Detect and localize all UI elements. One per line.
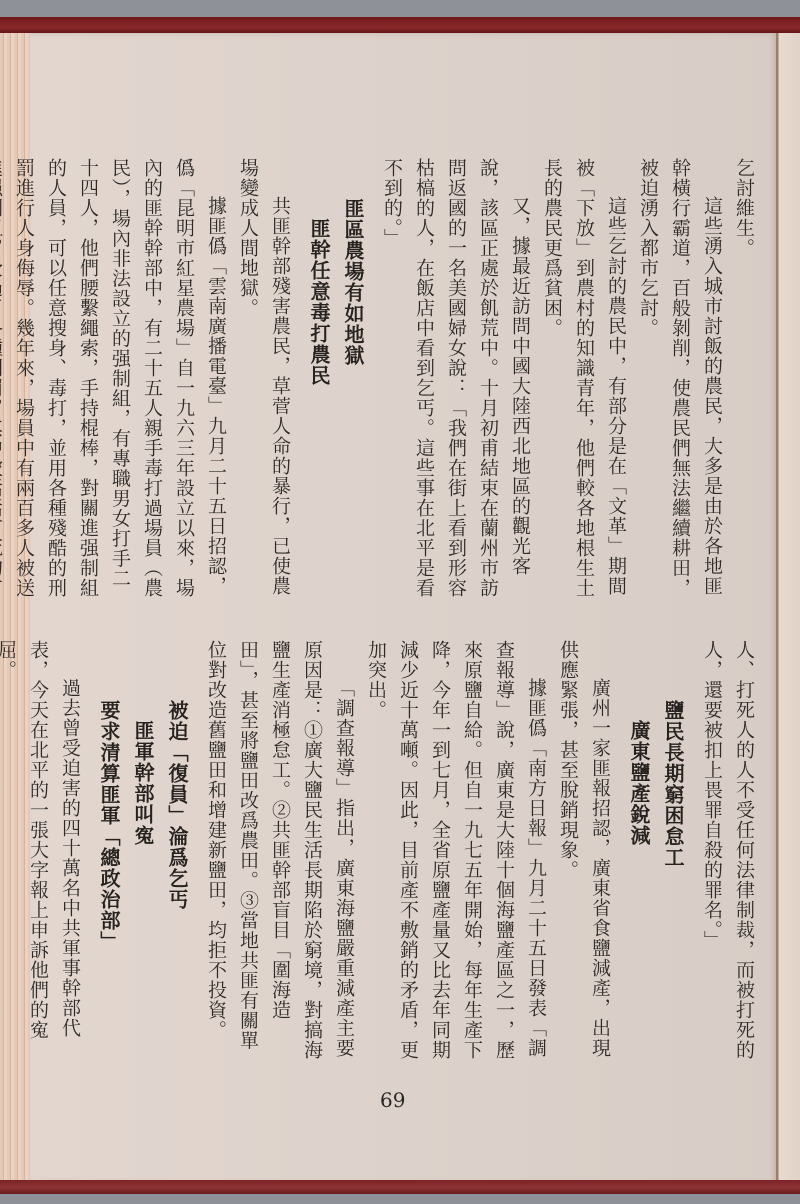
paragraph: 這些乞討的農民中，有部分是在「文革」期間被「下放」到農村的知識青年，他們較各地根… xyxy=(536,158,632,598)
page-number: 69 xyxy=(380,1088,405,1112)
paragraph: 廣州一家匪報招認，廣東省食鹽減產，出現供應緊張，甚至脫銷現象。 xyxy=(552,640,616,1060)
heading-cadres-beat-farmers: 匪幹任意毒打農民 xyxy=(302,218,336,598)
bottom-text-block: 人、打死人的人不受任何法律制裁，而被打死的人，還要被扣上畏罪自殺的罪名。」 鹽民… xyxy=(0,640,760,1060)
paragraph: 據匪僞「雲南廣播電臺」九月二十五日招認，僞「昆明市紅星農場」自一九六三年設立以來… xyxy=(0,158,232,598)
paragraph: 過去曾受迫害的四十萬名中共軍事幹部代表，今天在北平的一張大字報上申訴他們的寃屈。 xyxy=(0,640,86,1060)
heading-cadres-complain: 匪軍幹部叫寃 xyxy=(126,720,160,1060)
paragraph: 「調查報導」指出，廣東海鹽嚴重減產主要原因是：①廣大鹽民生活長期陷於窮境，對搞海… xyxy=(200,640,360,1060)
section-heading-army: 被迫「復員」淪爲乞丐 匪軍幹部叫寃 要求清算匪軍「總政治部」 xyxy=(92,640,194,1060)
heading-farm-hell: 匪區農場有如地獄 xyxy=(336,198,370,598)
paragraph: 乞討維生。 xyxy=(728,158,760,598)
section-heading-salt: 鹽民長期窮困怠工 廣東鹽產銳減 xyxy=(622,640,690,1060)
top-text-block: 乞討維生。 這些湧入城市討飯的農民，大多是由於各地匪幹橫行霸道，百般剝削，使農民… xyxy=(0,158,760,598)
book-cover-top-edge xyxy=(0,17,800,34)
book-gutter xyxy=(776,33,800,1183)
heading-purge-political-dept: 要求清算匪軍「總政治部」 xyxy=(92,700,126,1060)
paragraph: 人、打死人的人不受任何法律制裁，而被打死的人，還要被扣上畏罪自殺的罪名。」 xyxy=(696,640,760,1060)
paragraph: 據匪僞「南方日報」九月二十五日發表「調查報導」說，廣東是大陸十個海鹽產區之一，歷… xyxy=(360,640,552,1060)
paragraph: 這些湧入城市討飯的農民，大多是由於各地匪幹橫行霸道，百般剝削，使農民們無法繼續耕… xyxy=(632,158,728,598)
heading-salt-workers: 鹽民長期窮困怠工 xyxy=(656,700,690,1060)
heading-guangdong-salt: 廣東鹽產銳減 xyxy=(622,720,656,1060)
section-heading-farm: 匪區農場有如地獄 匪幹任意毒打農民 xyxy=(302,158,370,598)
book-cover-bottom-edge xyxy=(0,1180,800,1194)
heading-demobilized-beggars: 被迫「復員」淪爲乞丐 xyxy=(160,700,194,1060)
paragraph: 共匪幹部殘害農民，草菅人命的暴行，已使農場變成人間地獄。 xyxy=(232,158,296,598)
paragraph: 又，據最近訪問中國大陸西北地區的觀光客說，該區正處於飢荒中。十月初甫結束在蘭州市… xyxy=(376,158,536,598)
